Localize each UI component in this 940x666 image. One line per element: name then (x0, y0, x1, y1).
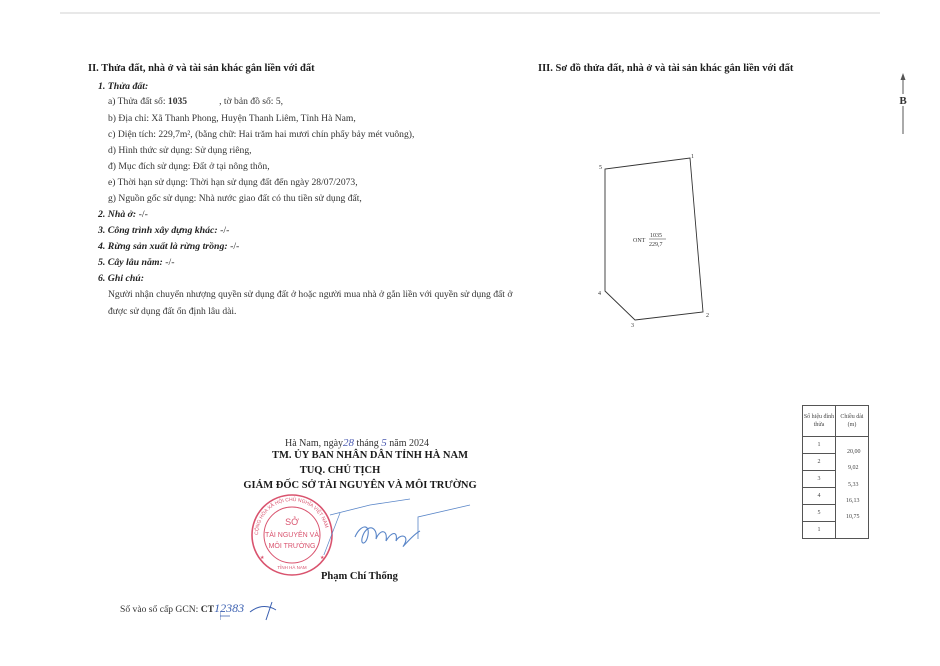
length-cell: 5,33 (848, 482, 859, 488)
vertex-cell: 5 (803, 505, 836, 522)
vertex-cell: 1 (803, 437, 836, 454)
vertex-cell: 3 (803, 471, 836, 488)
vertex-1: 1 (691, 154, 694, 160)
handwritten-signature (300, 495, 480, 555)
vertex-3: 3 (631, 323, 634, 329)
land-origin: g) Nguồn gốc sử dụng: Nhà nước giao đất … (108, 193, 362, 204)
item-other-construction: 3. Công trình xây dựng khác: -/- (98, 225, 229, 236)
map-sheet: , tờ bản đồ số: 5, (219, 96, 283, 107)
vertex-2: 2 (706, 313, 709, 319)
parcel-diagram: 1 2 3 4 5 ONT 1035 229,7 (590, 145, 725, 335)
parcel-area-label: 229,7 (649, 242, 663, 248)
length-cell: 16,13 (846, 498, 860, 504)
signer-position: GIÁM ĐỐC SỞ TÀI NGUYÊN VÀ MÔI TRƯỜNG (230, 480, 490, 491)
land-address: b) Địa chỉ: Xã Thanh Phong, Huyện Thanh … (108, 113, 356, 124)
length-cell: 20,00 (847, 449, 861, 455)
land-use-form: d) Hình thức sử dụng: Sử dụng riêng, (108, 145, 252, 156)
svg-text:★: ★ (320, 555, 325, 561)
handwritten-day: 28 (343, 437, 354, 449)
item-planted-forest: 4. Rừng sản xuất là rừng trồng: -/- (98, 241, 239, 252)
land-use-purpose: đ) Mục đích sử dụng: Đất ở tại nông thôn… (108, 161, 270, 172)
svg-text:TỈNH HÀ NAM: TỈNH HÀ NAM (277, 564, 307, 570)
item-house: 2. Nhà ở: -/- (98, 209, 148, 220)
gcn-handwritten-mark (220, 598, 300, 628)
land-parcel-line: a) Thửa đất số: 1035, tờ bản đồ số: 5, (108, 96, 283, 107)
edge-length-table: Số hiệu đỉnh thửa Chiều dài (m) 1 2 3 4 … (802, 405, 869, 539)
vertex-4: 4 (598, 291, 601, 297)
land-heading: 1. Thửa đất: (98, 81, 148, 92)
col-length-header: Chiều dài (m) (836, 406, 869, 437)
vertex-cell: 1 (803, 522, 836, 539)
note-text: Người nhận chuyển nhượng quyền sử dụng đ… (108, 286, 528, 320)
svg-text:★: ★ (260, 555, 265, 561)
note-heading: 6. Ghi chú: (98, 273, 144, 284)
land-use-term: e) Thời hạn sử dụng: Thời hạn sử dụng đấ… (108, 177, 358, 188)
gcn-prefix: CT (201, 604, 214, 615)
parcel-number-label: 1035 (650, 233, 662, 239)
section-2-title: II. Thửa đất, nhà ở và tài sản khác gắn … (88, 63, 315, 74)
section-3-title: III. Sơ đồ thửa đất, nhà ở và tài sản kh… (538, 63, 793, 74)
vertex-cell: 2 (803, 454, 836, 471)
vertex-cell: 4 (803, 488, 836, 505)
land-area: c) Diện tích: 229,7m², (bằng chữ: Hai tr… (108, 129, 414, 140)
vertex-5: 5 (599, 165, 602, 171)
item-perennial-trees: 5. Cây lâu năm: -/- (98, 257, 174, 268)
parcel-code: ONT (633, 238, 646, 244)
col-vertex-header: Số hiệu đỉnh thửa (803, 406, 836, 437)
length-cell: 10,75 (846, 514, 860, 520)
parcel-number: 1035 (168, 96, 187, 107)
north-arrow-icon: B (890, 72, 920, 138)
north-label: B (899, 95, 907, 107)
length-cell: 9,02 (848, 465, 859, 471)
signer-authority: TUQ. CHỦ TỊCH (230, 465, 450, 476)
signer-org: TM. ỦY BAN NHÂN DÂN TỈNH HÀ NAM (230, 450, 510, 461)
svg-text:SỞ: SỞ (285, 516, 299, 527)
handwritten-month: 5 (381, 437, 387, 449)
scan-top-edge (60, 12, 880, 14)
issue-date: Hà Nam, ngày28 tháng 5 năm 2024 (285, 437, 429, 449)
signer-name: Phạm Chí Thống (321, 571, 398, 582)
parcel-label: a) Thửa đất số: (108, 96, 168, 107)
